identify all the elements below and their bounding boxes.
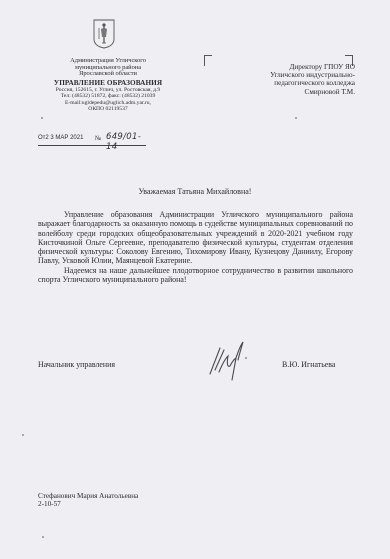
department-title: УПРАВЛЕНИЕ ОБРАЗОВАНИЯ [38,80,178,87]
address-corner-mark [204,55,212,66]
coat-of-arms-icon [92,19,116,49]
salutation: Уважаемая Татьяна Михайловна! [0,187,390,196]
executor-block: Стефанович Мария Анатольевна 2-10-57 [38,492,138,509]
okpo-line: ОКПО 02119537 [38,106,178,112]
executor-name: Стефанович Мария Анатольевна [38,492,138,500]
letter-page: Администрация Угличского муниципального … [0,0,390,559]
number-label: № [95,135,101,142]
letter-body: Управление образования Администрации Угл… [38,210,353,284]
signature-icon [202,336,262,392]
recipient-block: Директору ГПОУ ЯО Угличского индустриаль… [225,63,355,96]
body-paragraph: Надеемся на наше дальнейшее плодотворное… [38,266,353,285]
org-name-line: Ярославской области [38,71,178,78]
recipient-line: Смирновой Т.М. [225,88,355,96]
signatory-name: В.Ю. Игнатьева [282,360,335,369]
executor-phone: 2-10-57 [38,500,138,508]
registration-number: 649/01-14 [106,132,146,152]
scan-speck [295,117,297,119]
scan-speck [42,536,44,538]
organization-header: Администрация Угличского муниципального … [38,58,178,113]
recipient-line: Директору ГПОУ ЯО [225,63,355,71]
scan-speck [41,117,43,119]
scan-speck [22,434,24,436]
body-paragraph: Управление образования Администрации Угл… [38,210,353,266]
signatory-title: Начальник управления [38,360,115,369]
recipient-line: педагогического колледжа [225,79,355,87]
registration-line: От2 3 МАР 2021 № 649/01-14 [38,133,146,146]
date-stamp: От2 3 МАР 2021 [38,135,83,141]
recipient-line: Угличского индустриально- [225,71,355,79]
